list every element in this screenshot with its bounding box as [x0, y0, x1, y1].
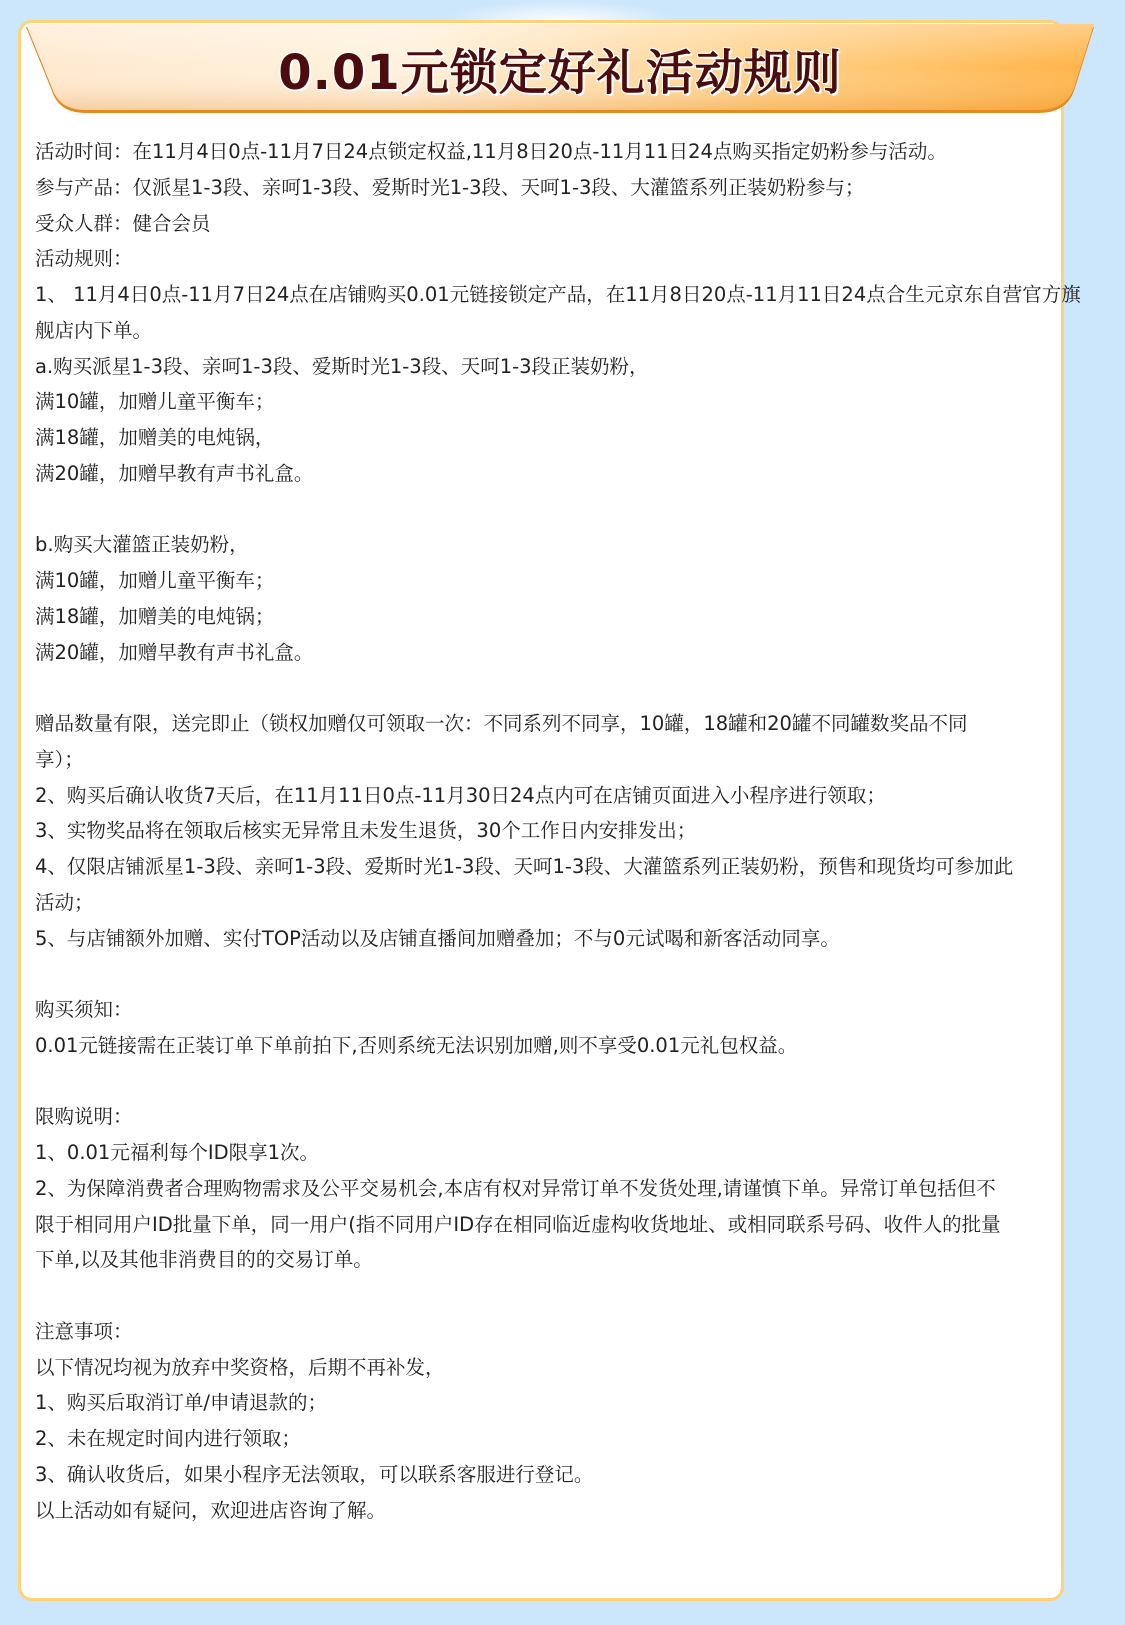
spacer — [35, 492, 1051, 528]
group-b-tier-20: 满20罐，加赠早教有声书礼盒。 — [35, 635, 1051, 671]
purchase-notice-heading: 购买须知： — [35, 992, 1051, 1028]
purchase-limit-item-2-line-1: 2、为保障消费者合理购物需求及公平交易机会,本店有权对异常订单不发货处理,请谨慎… — [35, 1171, 1051, 1207]
target-audience: 受众人群：健合会员 — [35, 206, 1051, 242]
spacer — [35, 1278, 1051, 1314]
spacer — [35, 670, 1051, 706]
notes-item-3: 3、确认收货后，如果小程序无法领取，可以联系客服进行登记。 — [35, 1457, 1051, 1493]
group-a-tier-20: 满20罐，加赠早教有声书礼盒。 — [35, 456, 1051, 492]
group-a-tier-10: 满10罐，加赠儿童平衡车； — [35, 384, 1051, 420]
purchase-limit-item-1: 1、0.01元福利每个ID限享1次。 — [35, 1135, 1051, 1171]
rule-2: 2、购买后确认收货7天后，在11月11日0点-11月30日24点内可在店铺页面进… — [35, 778, 1051, 814]
group-b-tier-18: 满18罐，加赠美的电炖锅； — [35, 599, 1051, 635]
notes-heading: 注意事项： — [35, 1314, 1051, 1350]
group-b-tier-10: 满10罐，加赠儿童平衡车； — [35, 563, 1051, 599]
gift-limit-line-2: 享）； — [35, 742, 1051, 778]
rule-4-line-2: 活动； — [35, 885, 1051, 921]
group-a-title: a.购买派星1-3段、亲呵1-3段、爱斯时光1-3段、天呵1-3段正装奶粉， — [35, 349, 1051, 385]
title-banner: 0.01元锁定好礼活动规则 — [24, 22, 1096, 114]
page-title: 0.01元锁定好礼活动规则 — [24, 22, 1096, 114]
gift-limit-line-1: 赠品数量有限，送完即止（锁权加赠仅可领取一次：不同系列不同享，10罐，18罐和2… — [35, 706, 1051, 742]
purchase-limit-heading: 限购说明： — [35, 1099, 1051, 1135]
rule-3: 3、实物奖品将在领取后核实无异常且未发生退货，30个工作日内安排发出； — [35, 813, 1051, 849]
rule-5: 5、与店铺额外加赠、实付TOP活动以及店铺直播间加赠叠加；不与0元试喝和新客活动… — [35, 921, 1051, 957]
purchase-limit-item-2-line-2: 限于相同用户ID批量下单，同一用户(指不同用户ID存在相同临近虚构收货地址、或相… — [35, 1207, 1051, 1243]
rule-4-line-1: 4、仅限店铺派星1-3段、亲呵1-3段、爱斯时光1-3段、天呵1-3段、大灌篮系… — [35, 849, 1051, 885]
participating-products: 参与产品：仅派星1-3段、亲呵1-3段、爱斯时光1-3段、天呵1-3段、大灌篮系… — [35, 170, 1051, 206]
rule-1-line-1: 1、 11月4日0点-11月7日24点在店铺购买0.01元链接锁定产品，在11月… — [35, 277, 1051, 313]
activity-time: 活动时间：在11月4日0点-11月7日24点锁定权益,11月8日20点-11月1… — [35, 134, 1051, 170]
notes-closing: 以上活动如有疑问，欢迎进店咨询了解。 — [35, 1493, 1051, 1529]
spacer — [35, 1064, 1051, 1100]
notes-item-1: 1、购买后取消订单/申请退款的； — [35, 1385, 1051, 1421]
group-b-title: b.购买大灌篮正装奶粉， — [35, 527, 1051, 563]
purchase-notice-text: 0.01元链接需在正装订单下单前拍下,否则系统无法识别加赠,则不享受0.01元礼… — [35, 1028, 1051, 1064]
purchase-limit-item-2-line-3: 下单,以及其他非消费目的的交易订单。 — [35, 1242, 1051, 1278]
rules-content: 活动时间：在11月4日0点-11月7日24点锁定权益,11月8日20点-11月1… — [35, 134, 1051, 1528]
rule-1-line-2: 舰店内下单。 — [35, 313, 1051, 349]
rules-heading: 活动规则： — [35, 241, 1051, 277]
group-a-tier-18: 满18罐，加赠美的电炖锅， — [35, 420, 1051, 456]
spacer — [35, 956, 1051, 992]
notes-item-2: 2、未在规定时间内进行领取； — [35, 1421, 1051, 1457]
notes-intro: 以下情况均视为放弃中奖资格，后期不再补发， — [35, 1350, 1051, 1386]
